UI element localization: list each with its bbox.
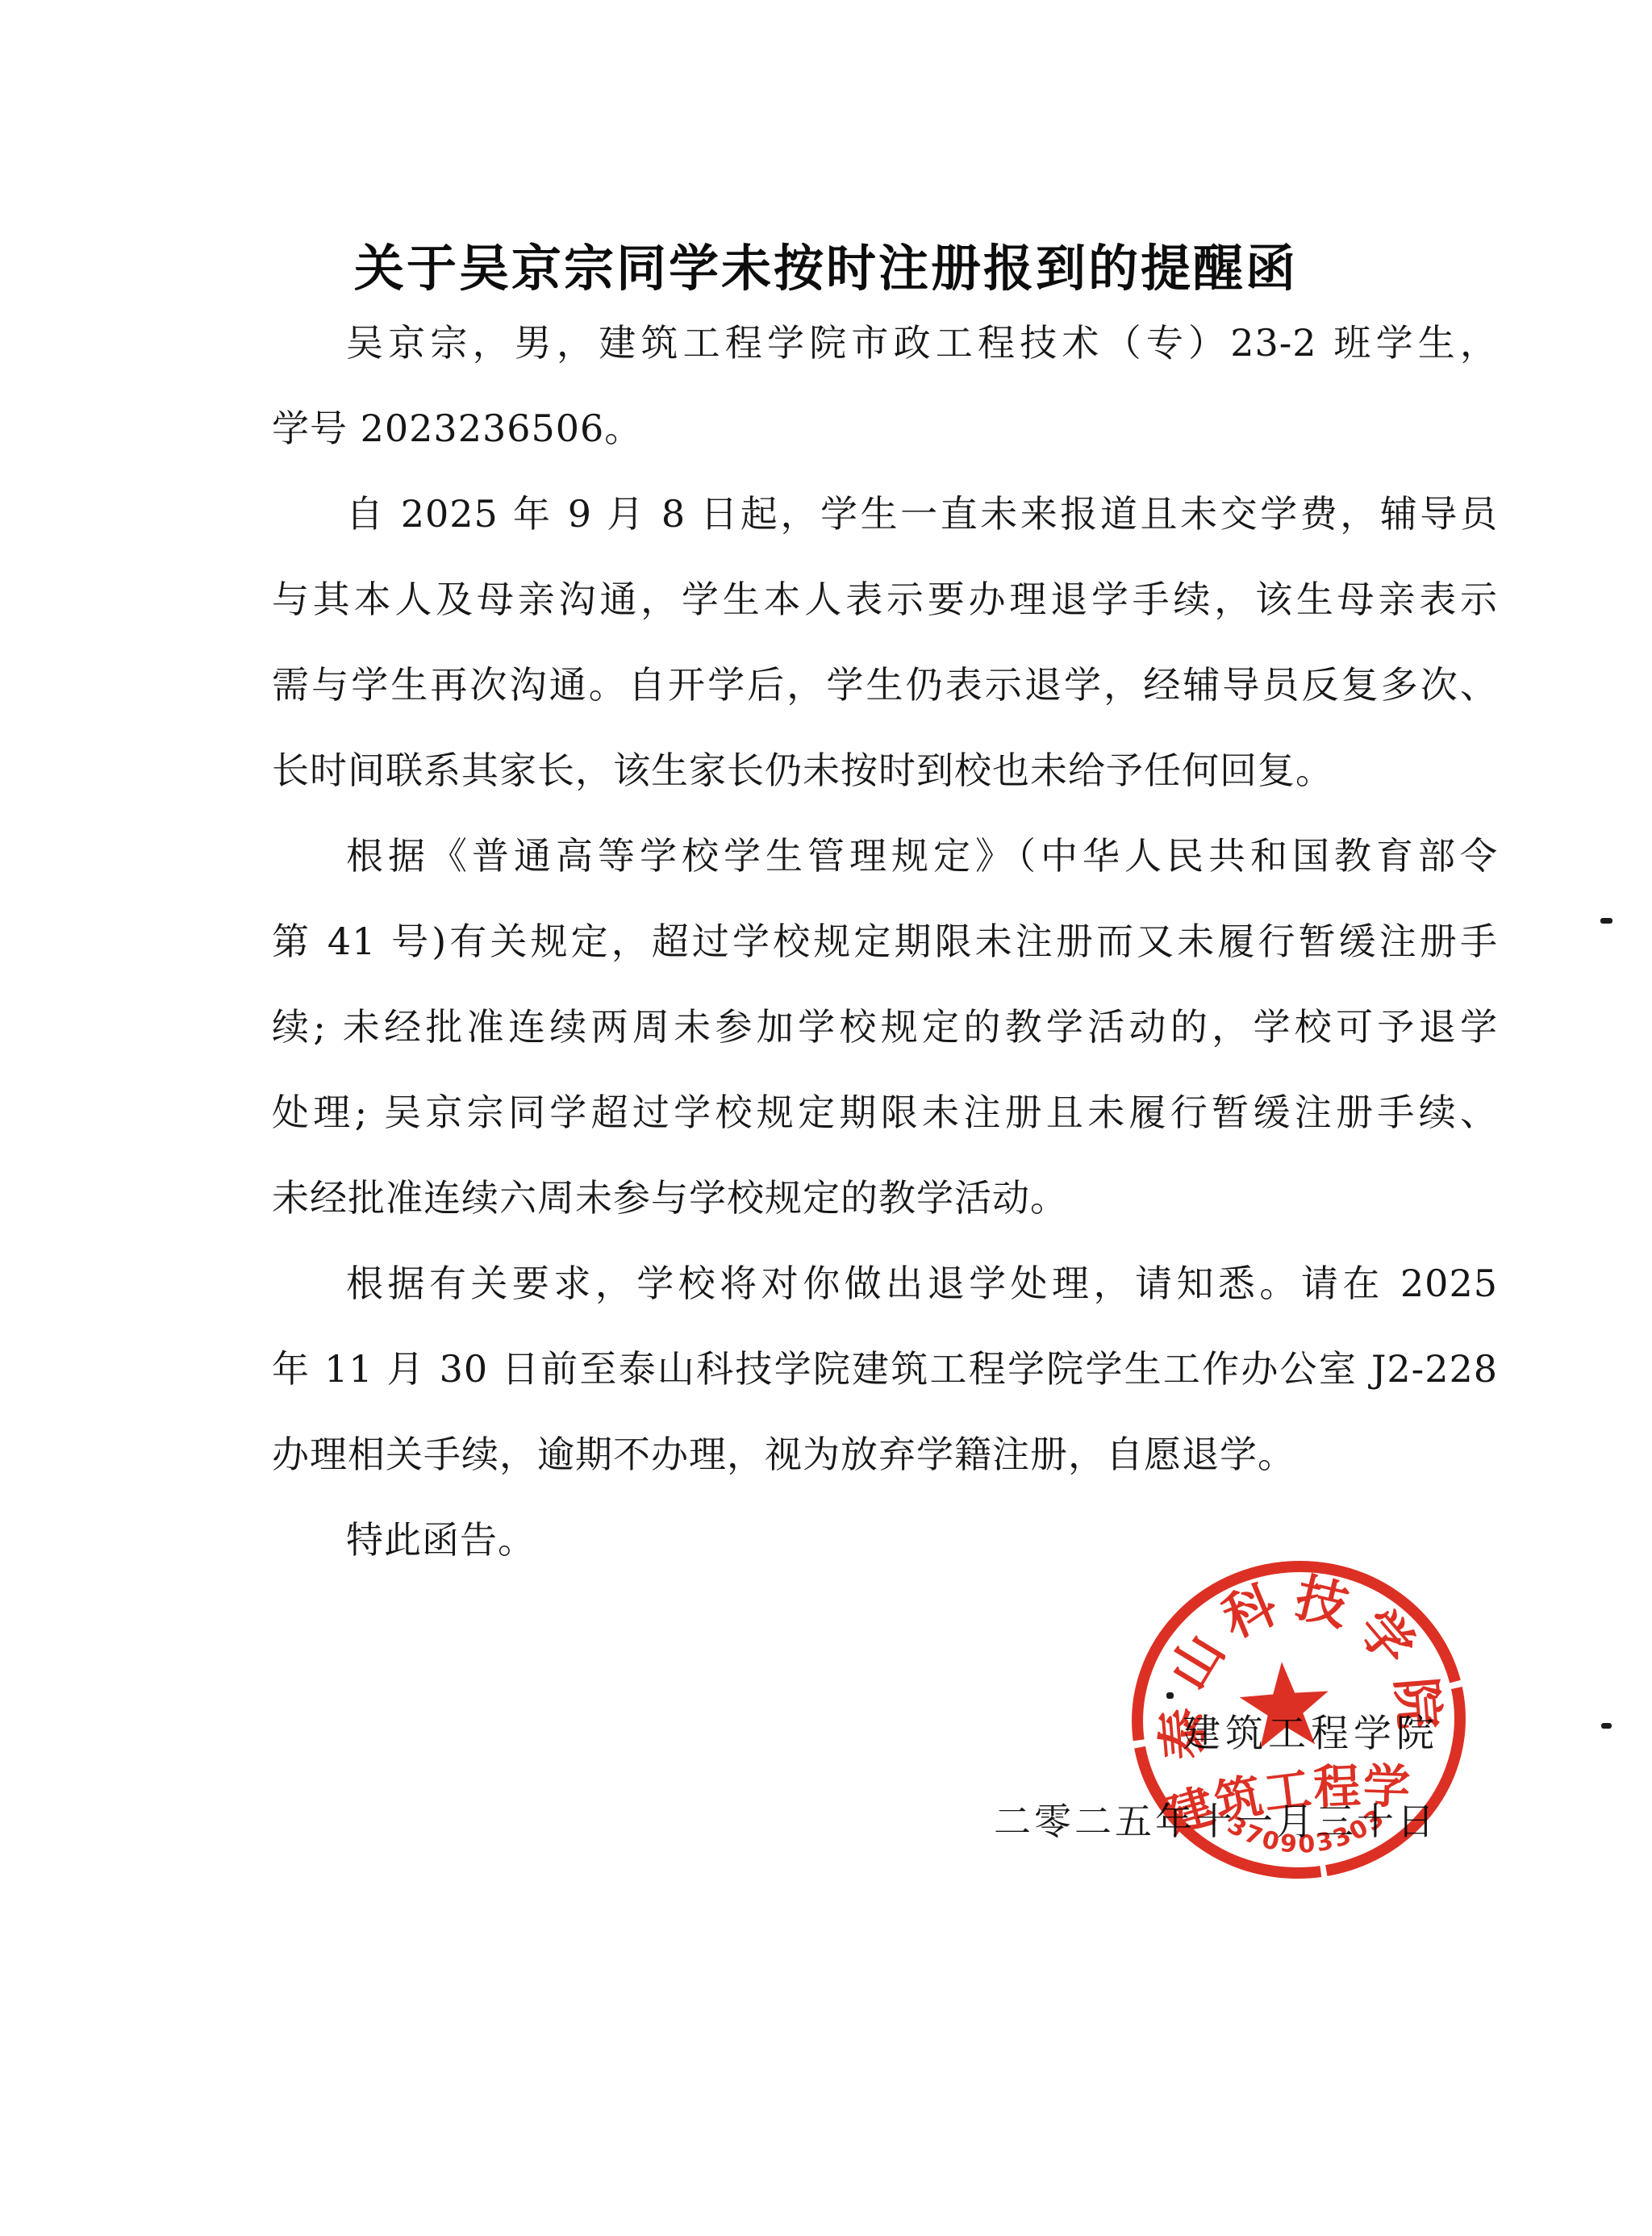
- body-line: 需与学生再次沟通。自开学后，学生仍表示退学，经辅导员反复多次、: [272, 642, 1498, 728]
- page-title: 关于吴京宗同学未按时注册报到的提醒函: [0, 228, 1652, 300]
- body-line: 学号 2023236506。: [272, 386, 1498, 471]
- letter-page: 关于吴京宗同学未按时注册报到的提醒函 吴京宗，男，建筑工程学院市政工程技术（专）…: [0, 0, 1652, 2236]
- body-line: 办理相关手续，逾期不办理，视为放弃学籍注册，自愿退学。: [272, 1412, 1498, 1497]
- body-line: 自 2025 年 9 月 8 日起，学生一直未来报道且未交学费，辅导员: [272, 471, 1498, 557]
- ink-speck: [1601, 1723, 1612, 1729]
- seal-star-icon: [1237, 1658, 1332, 1749]
- seal-graphic: 泰山科技学院 建筑工程学院 3709033030979: [1121, 1550, 1471, 1887]
- letter-body: 吴京宗，男，建筑工程学院市政工程技术（专）23-2 班学生， 学号 202323…: [272, 300, 1498, 1583]
- official-seal: 泰山科技学院 建筑工程学院 3709033030979: [1121, 1550, 1476, 1889]
- body-line: 吴京宗，男，建筑工程学院市政工程技术（专）23-2 班学生，: [272, 300, 1498, 386]
- body-line: 根据《普通高等学校学生管理规定》（中华人民共和国教育部令: [272, 813, 1498, 899]
- body-line: 续; 未经批准连续两周未参加学校规定的教学活动的，学校可予退学: [272, 984, 1498, 1070]
- body-line: 第 41 号)有关规定，超过学校规定期限未注册而又未履行暂缓注册手: [272, 899, 1498, 984]
- body-line: 年 11 月 30 日前至泰山科技学院建筑工程学院学生工作办公室 J2-228: [272, 1326, 1498, 1412]
- body-line: 根据有关要求，学校将对你做出退学处理，请知悉。请在 2025: [272, 1241, 1498, 1326]
- body-line: 与其本人及母亲沟通，学生本人表示要办理退学手续，该生母亲表示: [272, 557, 1498, 642]
- body-line: 未经批准连续六周未参与学校规定的教学活动。: [272, 1155, 1498, 1241]
- ink-speck: [1600, 918, 1612, 924]
- body-line: 长时间联系其家长，该生家长仍未按时到校也未给予任何回复。: [272, 728, 1498, 813]
- body-line: 处理; 吴京宗同学超过学校规定期限未注册且未履行暂缓注册手续、: [272, 1070, 1498, 1155]
